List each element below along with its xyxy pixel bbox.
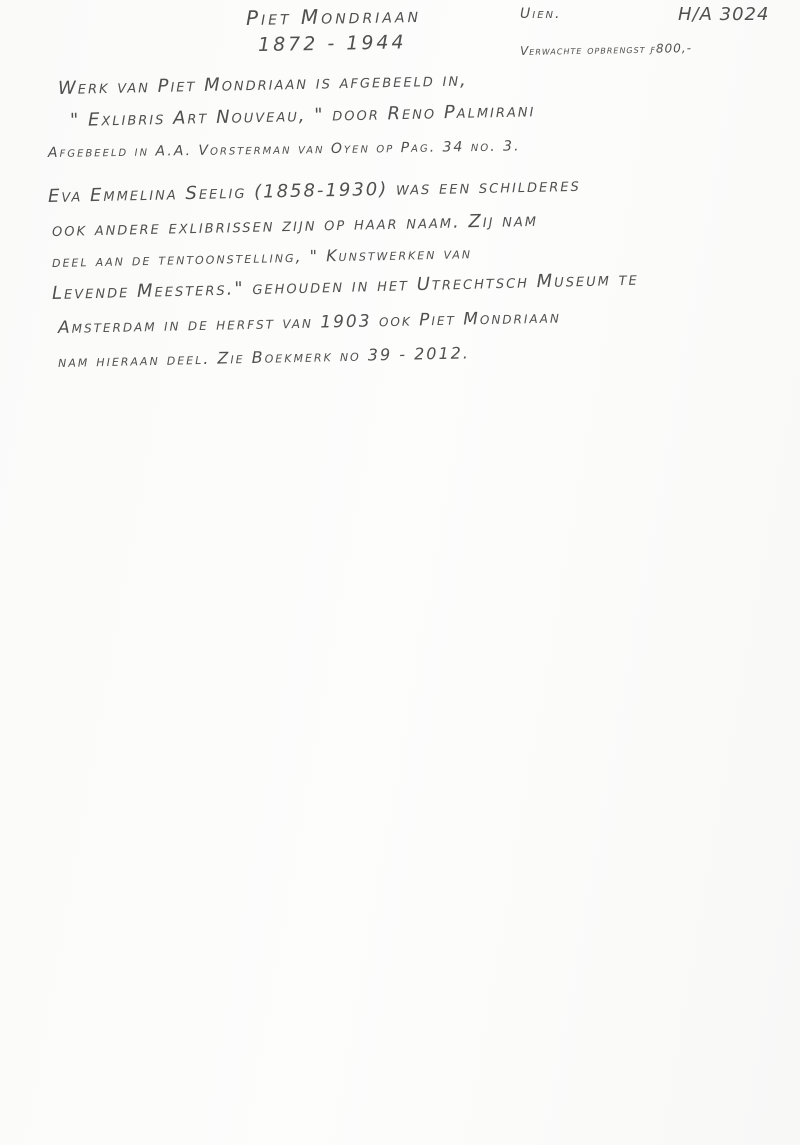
text-line: Amsterdam in de herfst van 1903 ook Piet… xyxy=(58,307,561,338)
text-line: nam hieraan deel. Zie Boekmerk no 39 - 2… xyxy=(58,343,470,371)
estimated-proceeds: Verwachte opbrengst ƒ800,- xyxy=(520,41,692,58)
text-line: Levende Meesters." gehouden in het Utrec… xyxy=(52,269,639,304)
artist-years: 1872 - 1944 xyxy=(258,31,407,56)
handwritten-document-page: Piet Mondriaan 1872 - 1944 Uien. H/A 302… xyxy=(0,0,800,1145)
inventory-number: H/A 3024 xyxy=(678,4,769,25)
place-note: Uien. xyxy=(520,6,561,22)
text-line: Werk van Piet Mondriaan is afgebeeld in, xyxy=(58,69,468,99)
text-line: Eva Emmelina Seelig (1858-1930) was een … xyxy=(48,175,581,207)
text-line: ook andere exlibrissen zijn op haar naam… xyxy=(52,210,538,241)
text-line: " Exlibris Art Nouveau, " door Reno Palm… xyxy=(70,100,536,131)
text-line: Afgebeeld in A.A. Vorsterman van Oyen op… xyxy=(48,138,521,161)
artist-name: Piet Mondriaan xyxy=(246,3,421,30)
text-line: deel aan de tentoonstelling, " Kunstwerk… xyxy=(52,243,472,271)
